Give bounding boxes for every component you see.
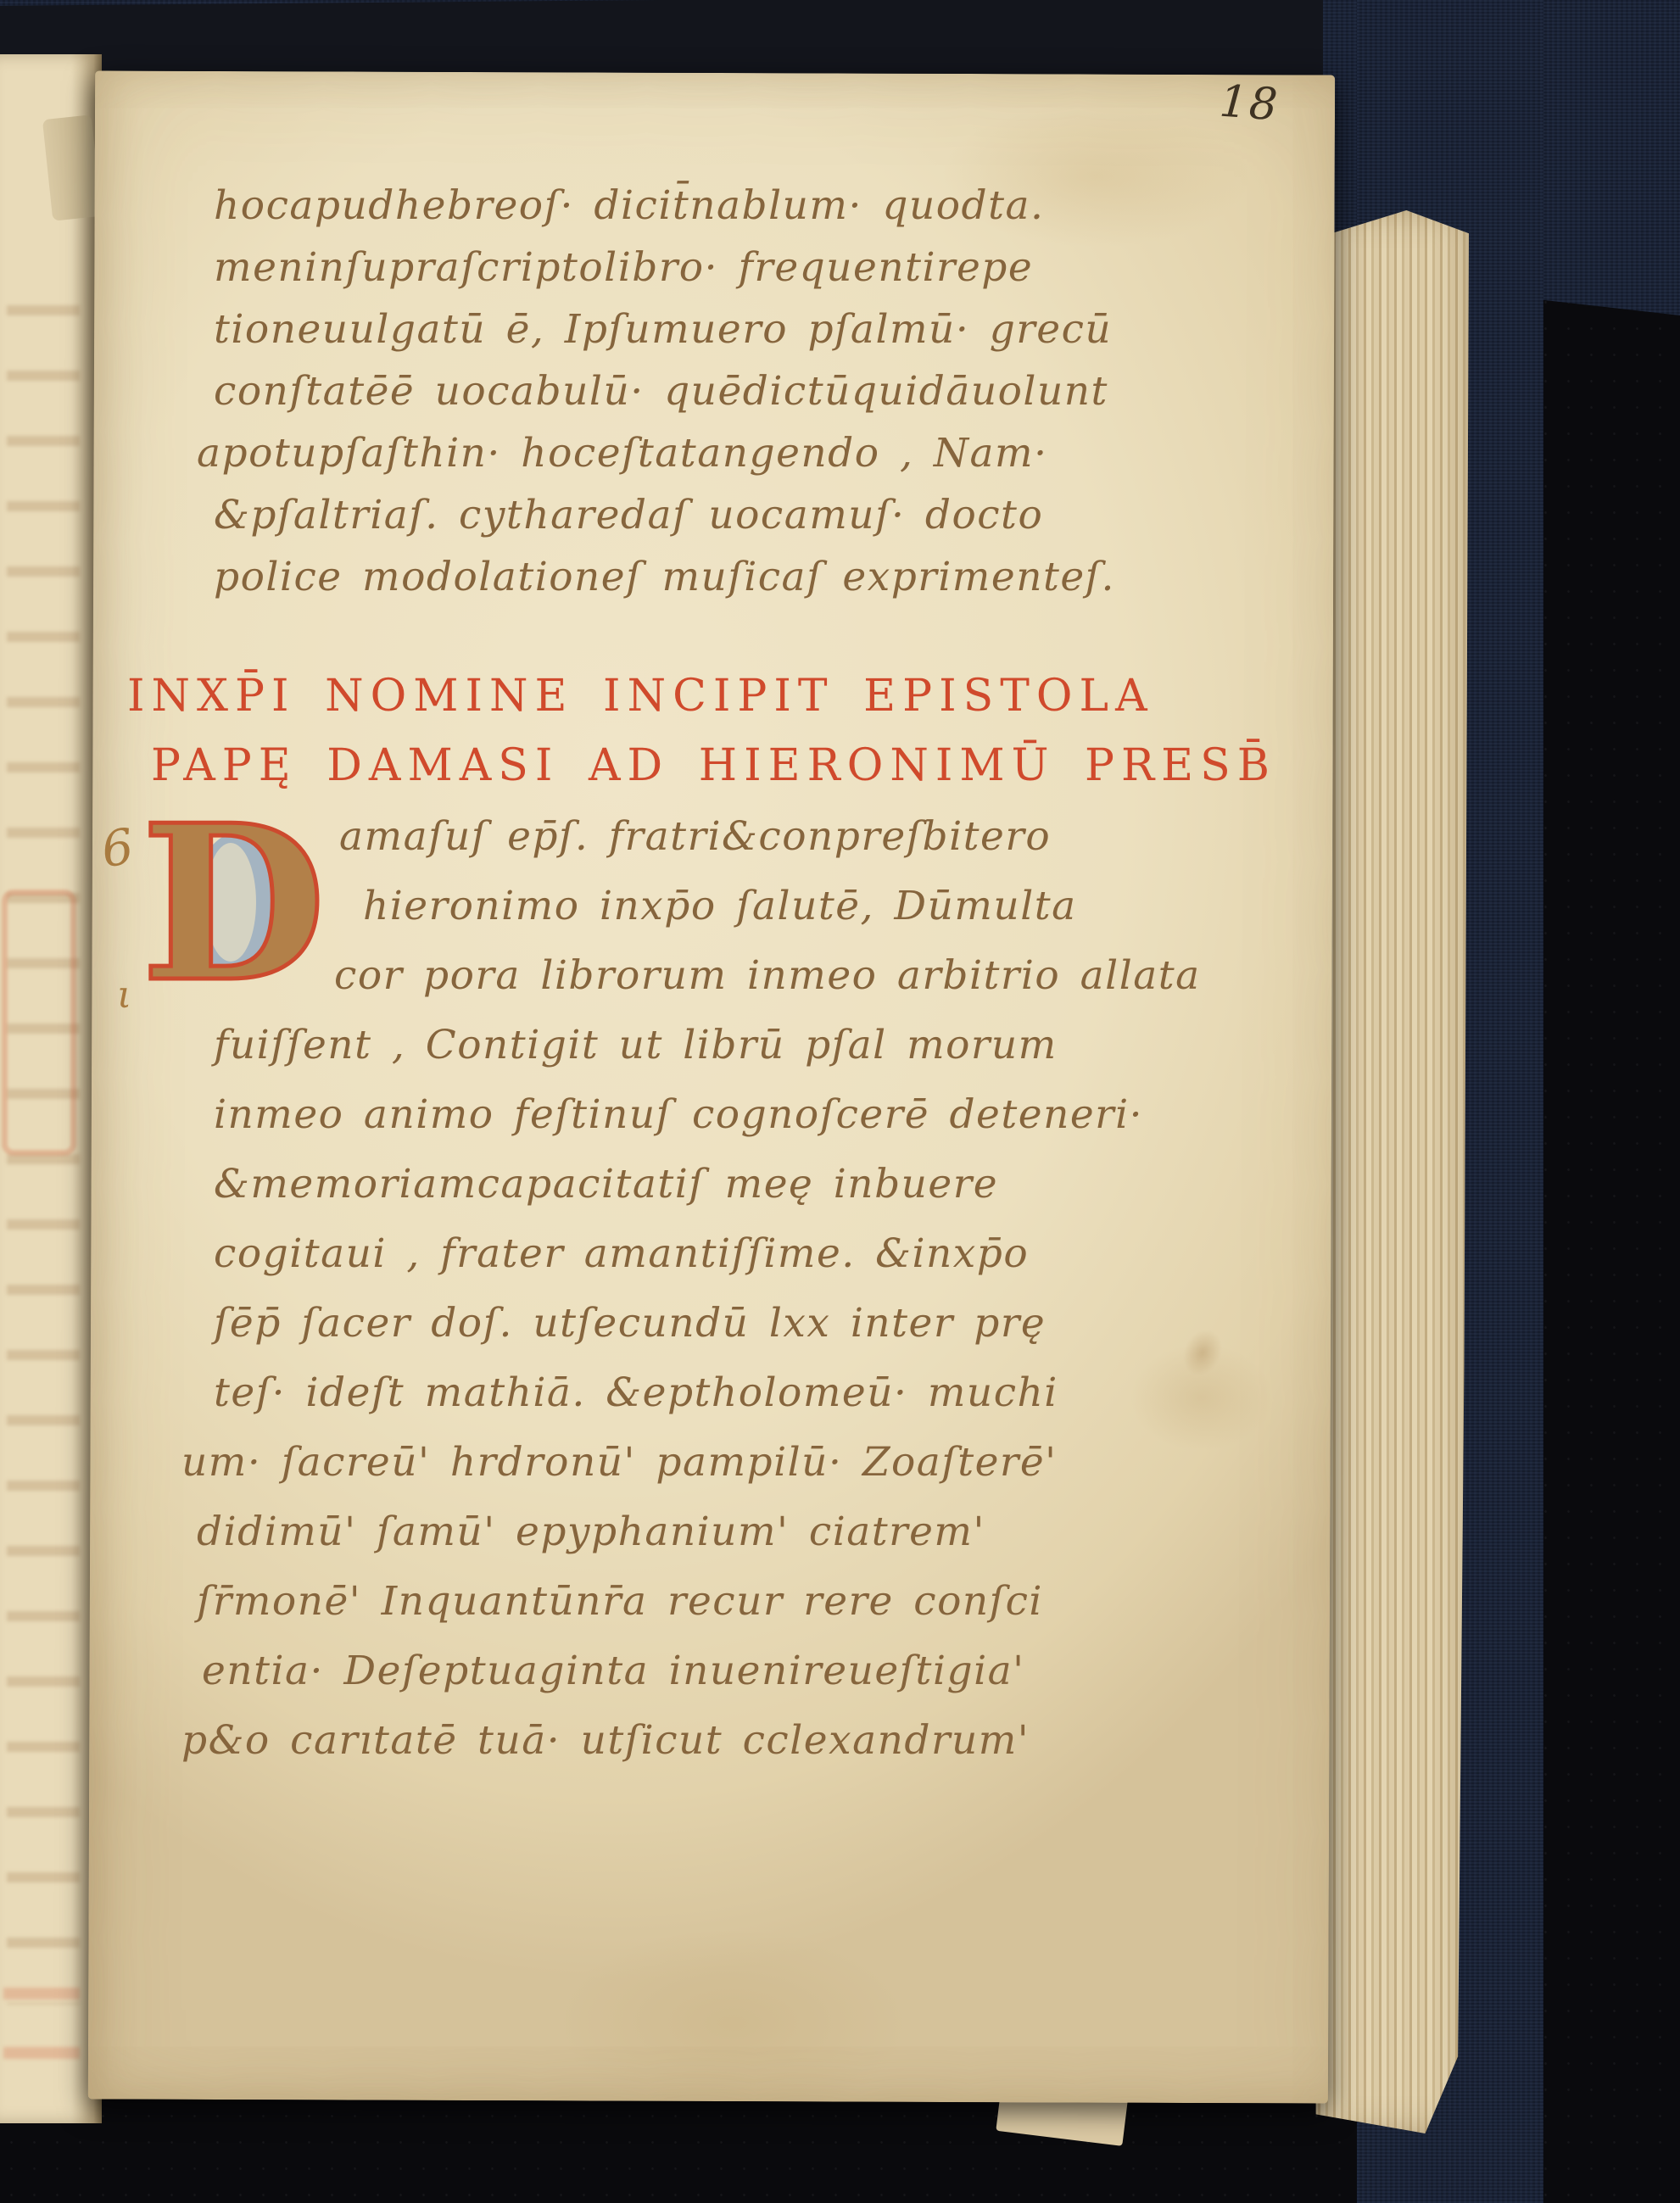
page-number: 18 <box>1218 76 1281 131</box>
manuscript-line: didimū' ſamū' epyphanium' ciatrem' <box>126 1497 1313 1567</box>
rubric-block: INXP̄I NOMINE INCIPIT EPISTOLAPAPĘ DAMAS… <box>126 661 1313 800</box>
rubric-line: INXP̄I NOMINE INCIPIT EPISTOLA <box>126 661 1313 731</box>
binding-tab <box>42 114 102 220</box>
manuscript-line: teſ· ideſt mathiā. &eptholomeū· muchi <box>126 1358 1313 1428</box>
showthrough-red-text <box>3 1962 80 2106</box>
manuscript-line: ſēp̄ ſacer doſ. utſecundū lxx inter prę <box>126 1289 1313 1358</box>
manuscript-line: p&o carıtatē tuā· utſicut cclexandrum' <box>126 1706 1313 1776</box>
fore-edge-page-stack <box>1313 210 1469 2133</box>
manuscript-line: &pſaltriaſ. cytharedaſ uocamuſ· docto <box>126 484 1313 546</box>
manuscript-line: ſr̄monē' Inquantūnr̄a recur rere conſci <box>126 1567 1313 1637</box>
manuscript-line: tioneuulgatū ē, Ipſumuero pſalmū· grecū <box>126 298 1313 360</box>
manuscript-line: inmeo animo feſtinuſ cognoſcerē deteneri… <box>126 1080 1313 1150</box>
manuscript-line: fuiſſent , Contigit ut librū pſal morum <box>126 1011 1313 1080</box>
upper-text-block: hocapudhebreoſ· dicit̄nablum· quodta.men… <box>126 175 1313 608</box>
manuscript-line: &memoriamcapacitatiſ meę inbuere <box>126 1150 1313 1219</box>
manuscript-photo: 18 hocapudhebreoſ· dicit̄nablum· quodta.… <box>0 0 1680 2203</box>
manuscript-line: apotupſaſthin· hoceſtatangendo , Nam· <box>126 422 1313 484</box>
manuscript-line: meninſupraſcriptolibro· frequentirepe <box>126 237 1313 298</box>
facing-page-edge <box>0 54 102 2123</box>
manuscript-line: um· ſacreū' hrdronū' pampilū· Zoaſterē' <box>126 1428 1313 1497</box>
manuscript-line: police modolationeſ muſicaſ exprimenteſ. <box>126 546 1313 608</box>
gold-flourish-tail: ι <box>117 973 131 1017</box>
rubric-line: PAPĘ DAMASI AD HIERONIMŪ PRESB̄ <box>126 731 1313 800</box>
manuscript-line: hocapudhebreoſ· dicit̄nablum· quodta. <box>126 175 1313 237</box>
showthrough-red-initial <box>2 890 76 1156</box>
initial-letter: D <box>141 794 327 1016</box>
illuminated-initial-d: D <box>136 794 339 1016</box>
manuscript-line: entia· Deſeptuaginta inuenireueſtigia' <box>126 1637 1313 1706</box>
manuscript-line: cogitaui , frater amantiſſime. &inxp̄o <box>126 1219 1313 1289</box>
manuscript-line: conſtatēē uocabulū· quēdictūquidāuolunt <box>126 360 1313 422</box>
